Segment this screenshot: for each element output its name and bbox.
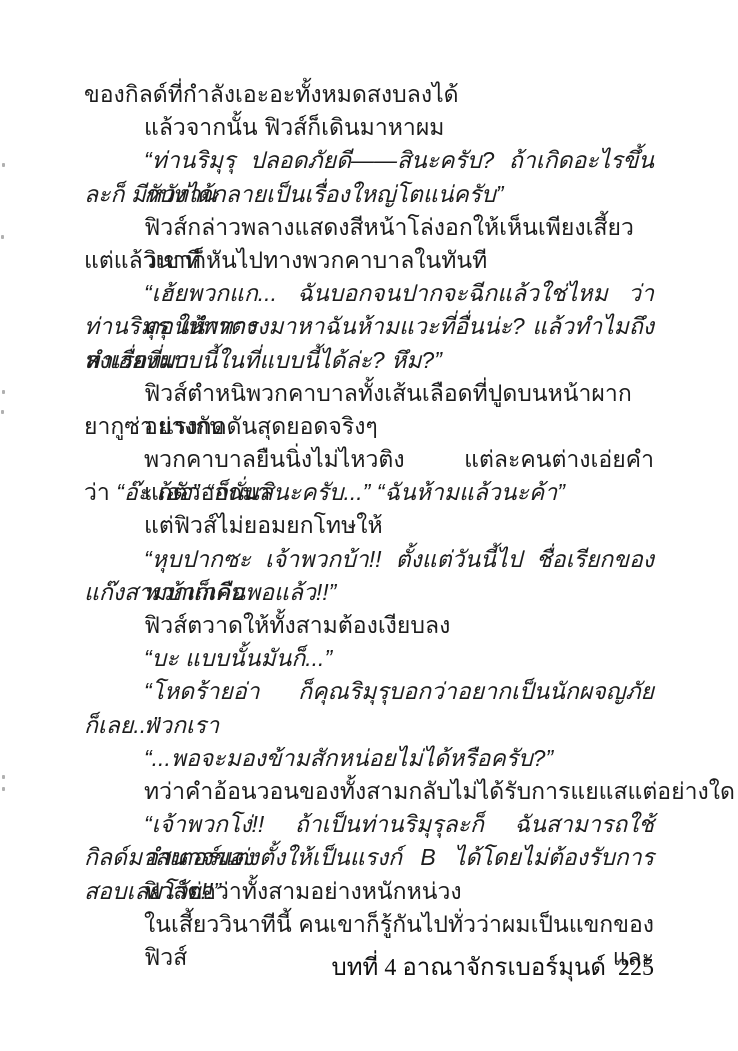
dialogue-text: ก็เลย...”: [84, 712, 160, 738]
dialogue-text: แก๊งสามบ้าก็เกินพอแล้ว!!”: [84, 579, 336, 605]
narration-text: ฟิวส์ต่อว่าทั้งสามอย่างหนักหน่วง: [144, 878, 462, 904]
dialogue-text: “...พอจะมองข้ามสักหน่อยไม่ได้หรือครับ?”: [144, 745, 553, 771]
text-line: “เจ้าพวกโง่!! ถ้าเป็นท่านริมุรุละก็ ฉันส…: [84, 808, 654, 841]
text-line: “หุบปากซะ เจ้าพวกบ้า!! ตั้งแต่วันนี้ไป ช…: [84, 543, 654, 576]
text-line: แต่ฟิวส์ไม่ยอมยกโทษให้: [84, 509, 654, 542]
text-line: แต่แล้วเขาก็หันไปทางพวกคาบาลในทันที: [84, 244, 654, 277]
text-line: ทว่าคำอ้อนวอนของทั้งสามกลับไม่ได้รับการแ…: [84, 775, 654, 808]
scan-speck: [2, 787, 5, 791]
narration-text: แต่ฟิวส์ไม่ยอมยกโทษให้: [144, 512, 383, 538]
page-footer: บทที่ 4 อาณาจักรเบอร์มุนด์225: [84, 951, 654, 985]
narration-text: แต่แล้วเขาก็หันไปทางพวกคาบาลในทันที: [84, 247, 487, 273]
line-prefix: ว่า: [84, 479, 116, 505]
dialogue-text: “อ๊ะ เอ่อ” “ก็นั่นสินะครับ...” “ฉันห้ามแ…: [116, 479, 565, 505]
text-line: แก๊งสามบ้าก็เกินพอแล้ว!!”: [84, 576, 654, 609]
scan-speck: [1, 235, 4, 239]
text-line: ทำเรื่องแบบนี้ในที่แบบนี้ได้ล่ะ? หึม?”: [84, 344, 654, 377]
scan-speck: [2, 775, 5, 779]
narration-text: ยากูซ่า แรงกดดันสุดยอดจริงๆ: [84, 413, 378, 439]
text-line: ฟิวส์ตวาดให้ทั้งสามต้องเงียบลง: [84, 609, 654, 642]
text-line: “บะ แบบนั้นมันก็...”: [84, 642, 654, 675]
text-line: ของกิลด์ที่กำลังเอะอะทั้งหมดสงบลงได้: [84, 78, 654, 111]
narration-text: ของกิลด์ที่กำลังเอะอะทั้งหมดสงบลงได้: [84, 81, 459, 107]
text-line: ยากูซ่า แรงกดดันสุดยอดจริงๆ: [84, 410, 654, 443]
scan-speck: [1, 410, 4, 414]
narration-text: แล้วจากนั้น ฟิวส์ก็เดินมาหาผม: [144, 114, 444, 140]
scan-speck: [2, 390, 5, 394]
text-line: ฟิวส์ตำหนิพวกคาบาลทั้งเส้นเลือดที่ปูดบนห…: [84, 377, 654, 410]
text-line: ว่า “อ๊ะ เอ่อ” “ก็นั่นสินะครับ...” “ฉันห…: [84, 476, 654, 509]
text-line: ฟิวส์ต่อว่าทั้งสามอย่างหนักหน่วง: [84, 875, 654, 908]
page-text: ของกิลด์ที่กำลังเอะอะทั้งหมดสงบลงได้แล้ว…: [84, 78, 654, 941]
text-line: ท่านริมุรุ ให้พาตรงมาหาฉันห้ามแวะที่อื่น…: [84, 310, 654, 343]
text-line: “...พอจะมองข้ามสักหน่อยไม่ได้หรือครับ?”: [84, 742, 654, 775]
text-line: แล้วจากนั้น ฟิวส์ก็เดินมาหาผม: [84, 111, 654, 144]
text-line: ละก็ มีหวังได้กลายเป็นเรื่องใหญ่โตแน่ครั…: [84, 178, 654, 211]
chapter-label: บทที่ 4 อาณาจักรเบอร์มุนด์: [331, 955, 606, 981]
scan-speck: [2, 163, 5, 167]
text-line: พวกคาบาลยืนนิ่งไม่ไหวติง แต่ละคนต่างเอ่ย…: [84, 443, 654, 476]
dialogue-text: ทำเรื่องแบบนี้ในที่แบบนี้ได้ล่ะ? หึม?”: [84, 347, 442, 373]
text-line: ฟิวส์กล่าวพลางแสดงสีหน้าโล่งอกให้เห็นเพี…: [84, 211, 654, 244]
page-number: 225: [618, 955, 654, 981]
text-line: “ท่านริมุรุ ปลอดภัยดี——สินะครับ? ถ้าเกิด…: [84, 144, 654, 177]
text-line: “เฮ้ยพวกแก... ฉันบอกจนปากจะฉีกแล้วใช่ไหม…: [84, 277, 654, 310]
text-line: “โหดร้ายอ่า ก็คุณริมุรุบอกว่าอยากเป็นนัก…: [84, 675, 654, 708]
dialogue-text: ละก็ มีหวังได้กลายเป็นเรื่องใหญ่โตแน่ครั…: [84, 181, 503, 207]
narration-text: ทว่าคำอ้อนวอนของทั้งสามกลับไม่ได้รับการแ…: [144, 778, 735, 804]
dialogue-text: “บะ แบบนั้นมันก็...”: [144, 645, 332, 671]
book-page: ของกิลด์ที่กำลังเอะอะทั้งหมดสงบลงได้แล้ว…: [0, 0, 738, 1051]
text-line: ในเสี้ยววินาทีนี้ คนเขาก็รู้กันไปทั่วว่า…: [84, 908, 654, 941]
narration-text: ฟิวส์ตวาดให้ทั้งสามต้องเงียบลง: [144, 612, 450, 638]
text-line: กิลด์มาสเตอร์แต่งตั้งให้เป็นแรงก์ B ได้โ…: [84, 841, 654, 874]
